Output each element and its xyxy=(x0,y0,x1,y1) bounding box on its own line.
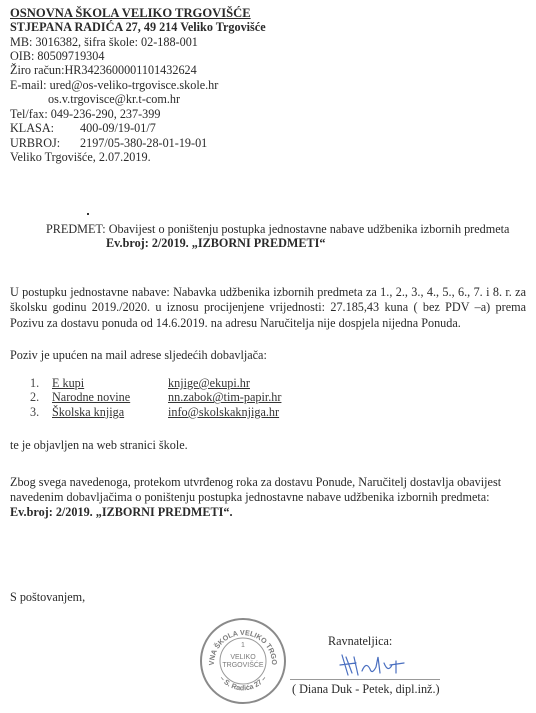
published-note: te je objavljen na web stranici škole. xyxy=(10,438,188,453)
oib-line: OIB: 80509719304 xyxy=(10,49,104,63)
list-number: 3. xyxy=(30,405,52,419)
urbroj-value: 2197/05-380-28-01-19-01 xyxy=(80,136,207,150)
supplier-name-link[interactable]: Narodne novine xyxy=(52,390,168,404)
handwritten-signature xyxy=(338,651,408,681)
seal-number: 1 xyxy=(202,642,284,649)
place-date: Veliko Trgovišće, 2.07.2019. xyxy=(10,150,151,164)
school-address: STJEPANA RADIĆA 27, 49 214 Veliko Trgovi… xyxy=(10,20,266,34)
signatory-name: ( Diana Duk - Petek, dipl.inž.) xyxy=(292,682,440,697)
list-item: 2. Narodne novine nn.zabok@tim-papir.hr xyxy=(30,390,281,404)
klasa-line: KLASA:400-09/19-01/7 xyxy=(10,121,156,135)
closing-greeting: S poštovanjem, xyxy=(10,590,85,605)
svg-text:– S. Radića 27 –: – S. Radića 27 – xyxy=(218,674,268,692)
supplier-email-link[interactable]: knjige@ekupi.hr xyxy=(168,376,250,390)
scan-dot xyxy=(87,213,89,215)
list-item: 3. Školska knjiga info@skolskaknjiga.hr xyxy=(30,405,281,419)
email-line-2: os.v.trgovisce@kr.t-com.hr xyxy=(48,92,180,106)
paragraph-procurement: U postupku jednostavne nabave: Nabavka u… xyxy=(10,285,526,331)
supplier-email-link[interactable]: info@skolskaknjiga.hr xyxy=(168,405,279,419)
urbroj-label: URBROJ: xyxy=(10,136,80,150)
supplier-name-link[interactable]: Školska knjiga xyxy=(52,405,168,419)
supplier-name-link[interactable]: E kupi xyxy=(52,376,168,390)
signatory-role: Ravnateljica: xyxy=(328,634,392,649)
klasa-value: 400-09/19-01/7 xyxy=(80,121,156,135)
seal-ring-text: OSNOVNA ŠKOLA VELIKO TRGOVIŠĆE – S. Radi… xyxy=(202,620,284,702)
email-line-1: E-mail: ured@os-veliko-trgovisce.skole.h… xyxy=(10,78,218,92)
tel-line: Tel/fax: 049-236-290, 237-399 xyxy=(10,107,160,121)
supplier-email-link[interactable]: nn.zabok@tim-papir.hr xyxy=(168,390,281,404)
urbroj-line: URBROJ:2197/05-380-28-01-19-01 xyxy=(10,136,207,150)
signature-line xyxy=(290,679,440,680)
mb-line: MB: 3016382, šifra škole: 02-188-001 xyxy=(10,35,198,49)
ziro-line: Žiro račun:HR3423600001101432624 xyxy=(10,63,197,77)
list-number: 2. xyxy=(30,390,52,404)
school-name: OSNOVNA ŠKOLA VELIKO TRGOVIŠĆE xyxy=(10,6,251,20)
supplier-list: 1. E kupi knjige@ekupi.hr 2. Narodne nov… xyxy=(30,376,281,419)
subject-reference: Ev.broj: 2/2019. „IZBORNI PREDMETI“ xyxy=(106,236,326,251)
paragraph-conclusion: Zbog svega navedenoga, protekom utvrđeno… xyxy=(10,475,510,506)
list-number: 1. xyxy=(30,376,52,390)
list-item: 1. E kupi knjige@ekupi.hr xyxy=(30,376,281,390)
klasa-label: KLASA: xyxy=(10,121,80,135)
conclusion-reference: Ev.broj: 2/2019. „IZBORNI PREDMETI“. xyxy=(10,505,233,520)
seal-center-line-2: TRGOVIŠĆE xyxy=(202,662,284,669)
invitation-intro: Poziv je upućen na mail adrese sljedećih… xyxy=(10,348,267,363)
school-seal: OSNOVNA ŠKOLA VELIKO TRGOVIŠĆE – S. Radi… xyxy=(200,618,286,704)
seal-center-line-1: VELIKO xyxy=(202,654,284,661)
subject-line: PREDMET: Obavijest o poništenju postupka… xyxy=(46,222,509,237)
